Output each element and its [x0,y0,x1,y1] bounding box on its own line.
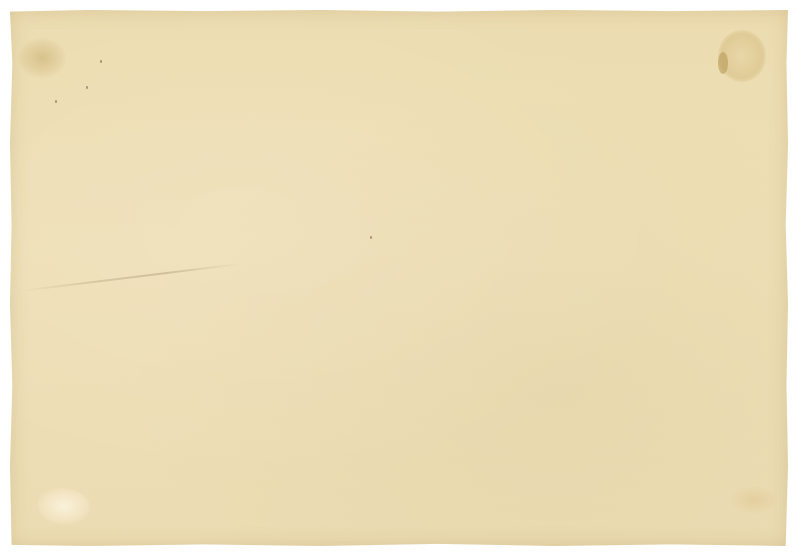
paper-speck [86,86,88,89]
paper-speck [55,100,57,103]
scene-background [0,0,800,559]
paper-speck [370,236,372,239]
paper-speck [100,60,102,63]
